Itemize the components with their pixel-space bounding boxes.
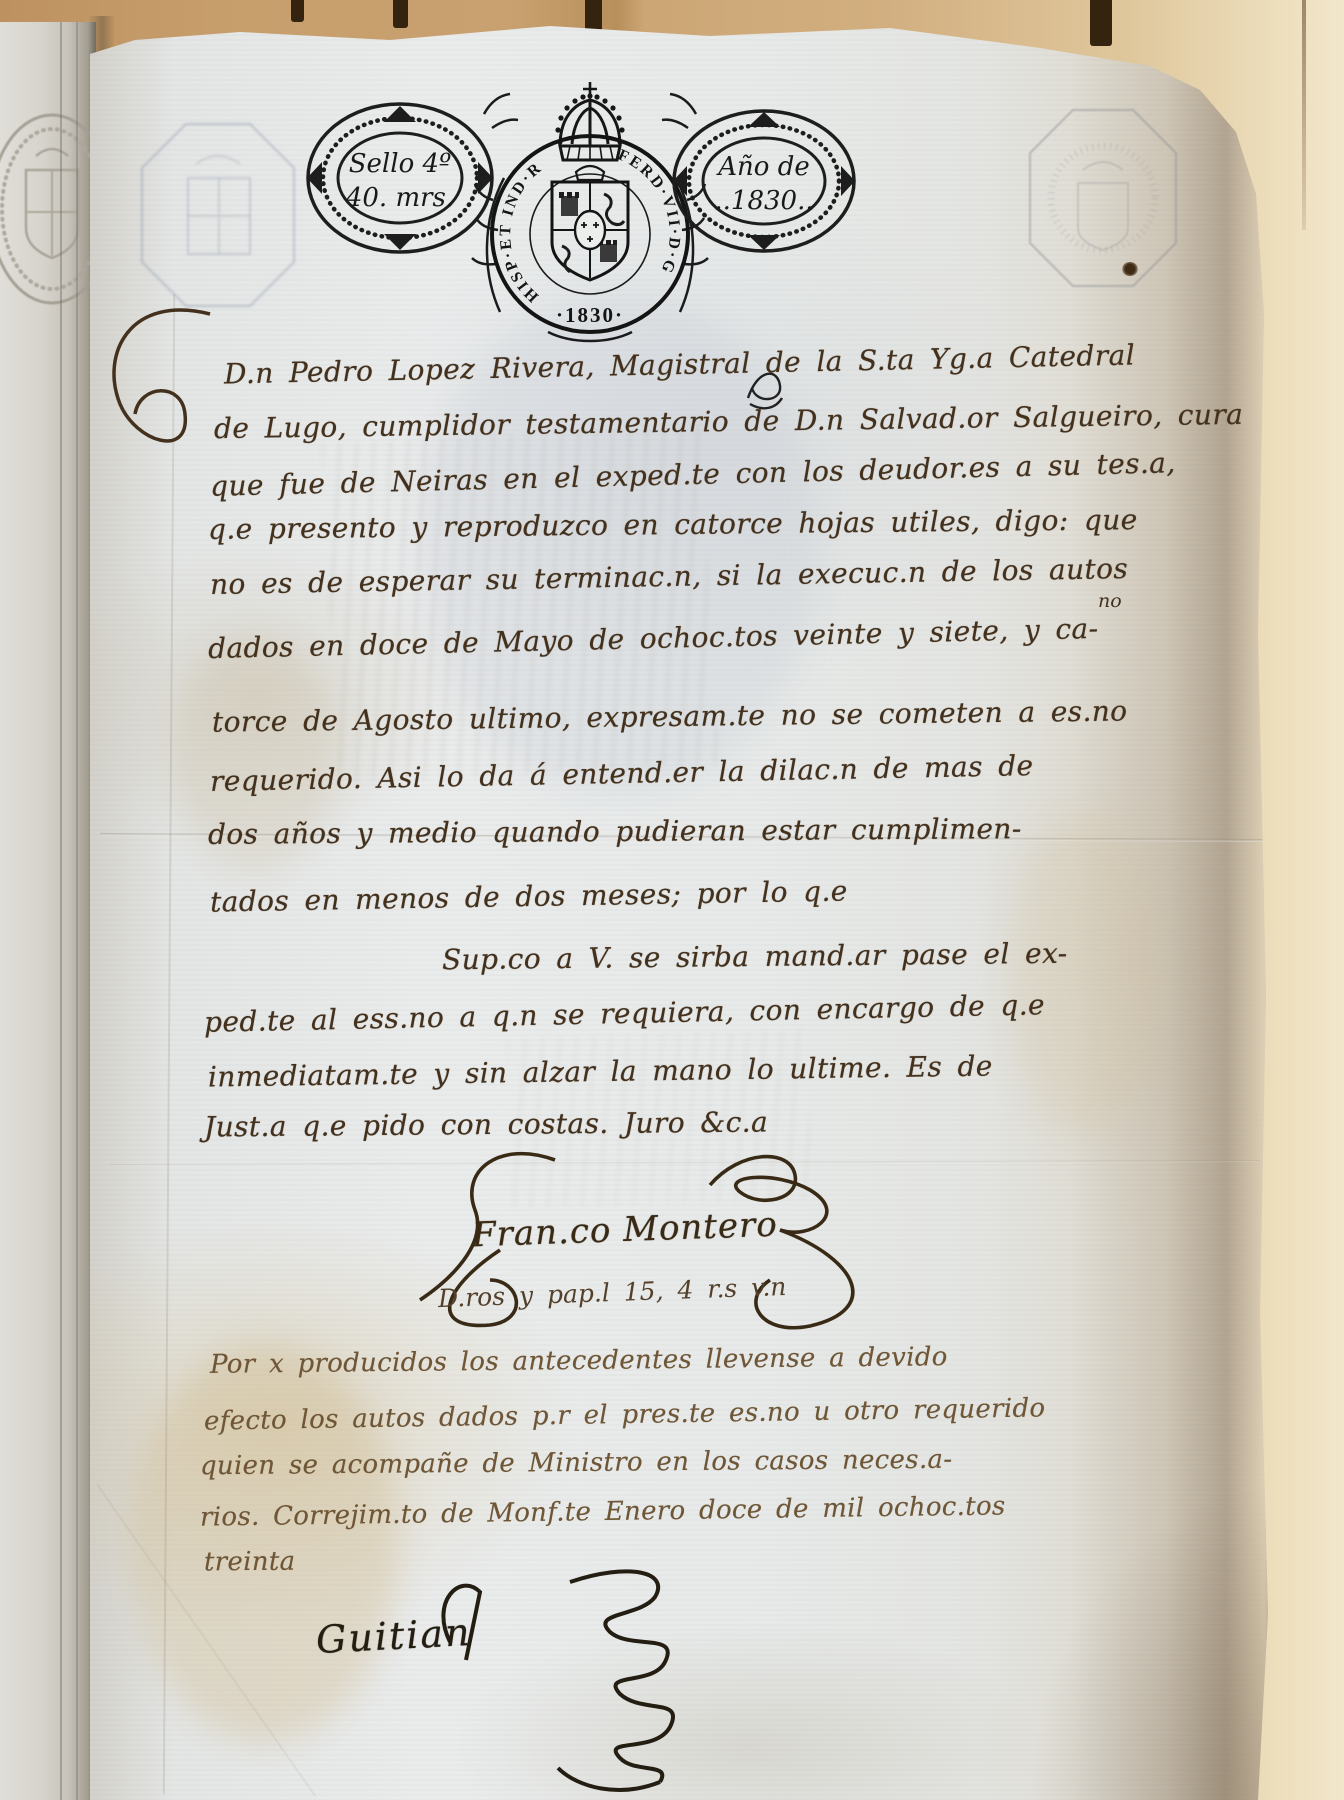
- stamp-text-sello: Sello 4º: [349, 149, 452, 179]
- decree-line: Por x producidos los antecedentes lleven…: [210, 1342, 948, 1380]
- page-ridge: [76, 22, 78, 1800]
- embossed-dry-seal: [0, 108, 96, 310]
- stamp-text-1830: ..1830..: [714, 186, 813, 216]
- photo-scene: Sello 4º 40. mrs.: [0, 0, 1344, 1800]
- marginal-superscript: no: [1098, 590, 1122, 612]
- wood-gap: [585, 0, 602, 32]
- seal-year: ·1830·: [556, 303, 624, 327]
- wood-gap: [393, 0, 408, 28]
- corner-shadow: [1026, 1480, 1286, 1800]
- previous-page-edge: [0, 22, 96, 1800]
- decree-line: quien se acompañe de Ministro en los cas…: [200, 1445, 953, 1482]
- stamp-text-ano: Año de: [716, 152, 809, 182]
- wood-gap: [1090, 0, 1112, 46]
- signature-rubric-knot: [420, 1562, 720, 1800]
- wood-gap: [291, 0, 304, 22]
- bleedthrough-stamp: [138, 120, 298, 310]
- decree-line: treinta: [204, 1547, 296, 1578]
- page-ridge: [60, 22, 62, 1800]
- manuscript-page: Sello 4º 40. mrs.: [90, 14, 1286, 1800]
- manuscript-line: tados en menos de dos meses; por lo q.e: [210, 874, 848, 918]
- wood-groove: [1302, 0, 1306, 230]
- coat-of-arms: [552, 166, 628, 280]
- initial-flourish: [90, 294, 220, 474]
- paper-stain: [1010, 814, 1160, 1134]
- manuscript-line: Sup.co a V. se sirba mand.ar pase el ex-: [442, 937, 1068, 977]
- signature-name: Guitian: [315, 1610, 473, 1662]
- crown-icon: [555, 82, 624, 160]
- embossed-octagon-seal: [1028, 108, 1178, 288]
- stamp-text-mrs: 40. mrs.: [345, 183, 454, 213]
- manuscript-line: ped.te al ess.no a q.n se requiera, con …: [204, 988, 1046, 1039]
- year-stamp-ano: Año de ..1830..: [668, 106, 860, 256]
- stamp-ornament-triangle: [384, 106, 416, 122]
- manuscript-line: dos años y medio quando pudieran estar c…: [208, 812, 1022, 851]
- manuscript-line: inmediatam.te y sin alzar la mano lo ult…: [208, 1050, 993, 1094]
